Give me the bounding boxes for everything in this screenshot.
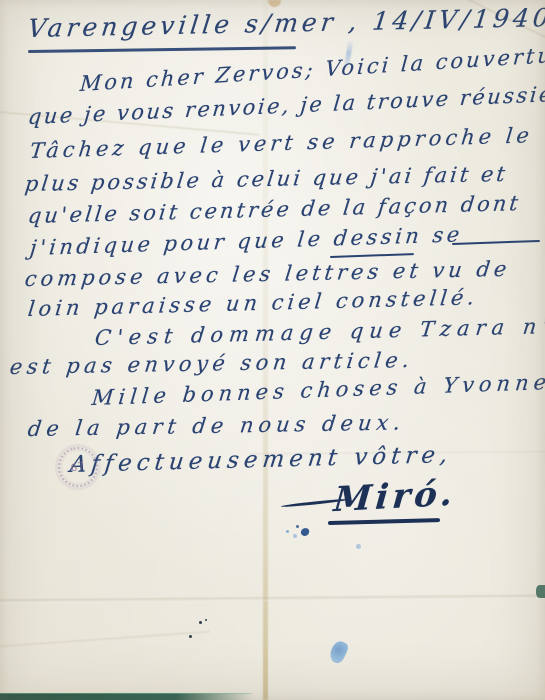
letter-line-12: de la part de nous deux.: [27, 410, 407, 441]
letter-place-date: Varengeville s/mer , 14/IV/1940: [26, 3, 545, 43]
ink-blot: [300, 527, 310, 537]
ink-blot: [356, 544, 361, 549]
scan-edge-right: [536, 585, 545, 598]
pen-crossbar: [330, 253, 414, 258]
dust-speck: [205, 619, 207, 621]
ink-blot: [293, 534, 297, 538]
signature: Miró.: [332, 473, 458, 520]
diagonal-crease: [0, 631, 210, 648]
letter-line-8: loin paraisse un ciel constellé.: [27, 285, 480, 321]
dust-speck: [189, 635, 192, 638]
dust-speck: [199, 621, 202, 624]
letter-line-9: C'est dommage que Tzara n': [94, 314, 545, 350]
pen-dash: [452, 240, 540, 245]
header-underline: [28, 46, 296, 52]
horizontal-fold-crease: [0, 595, 545, 604]
ink-blot-large: [327, 639, 350, 665]
scan-edge-bottom: [0, 693, 252, 700]
letter-closing: Affectueusement vôtre,: [69, 442, 454, 478]
collection-stamp: 67: [54, 443, 102, 491]
letter-line-4: plus possible à celui que j'ai fait et: [24, 162, 510, 196]
collection-stamp-number: 67: [70, 460, 87, 474]
ink-blot: [296, 525, 299, 528]
letter-line-10: est pas envoyé son article.: [9, 348, 415, 379]
letter-line-3: Tâchez que le vert se rapproche le: [29, 123, 535, 163]
paper-stain: [268, 0, 281, 7]
letter-scan: Varengeville s/mer , 14/IV/1940 Mon cher…: [0, 0, 545, 700]
ink-blot: [286, 530, 289, 533]
